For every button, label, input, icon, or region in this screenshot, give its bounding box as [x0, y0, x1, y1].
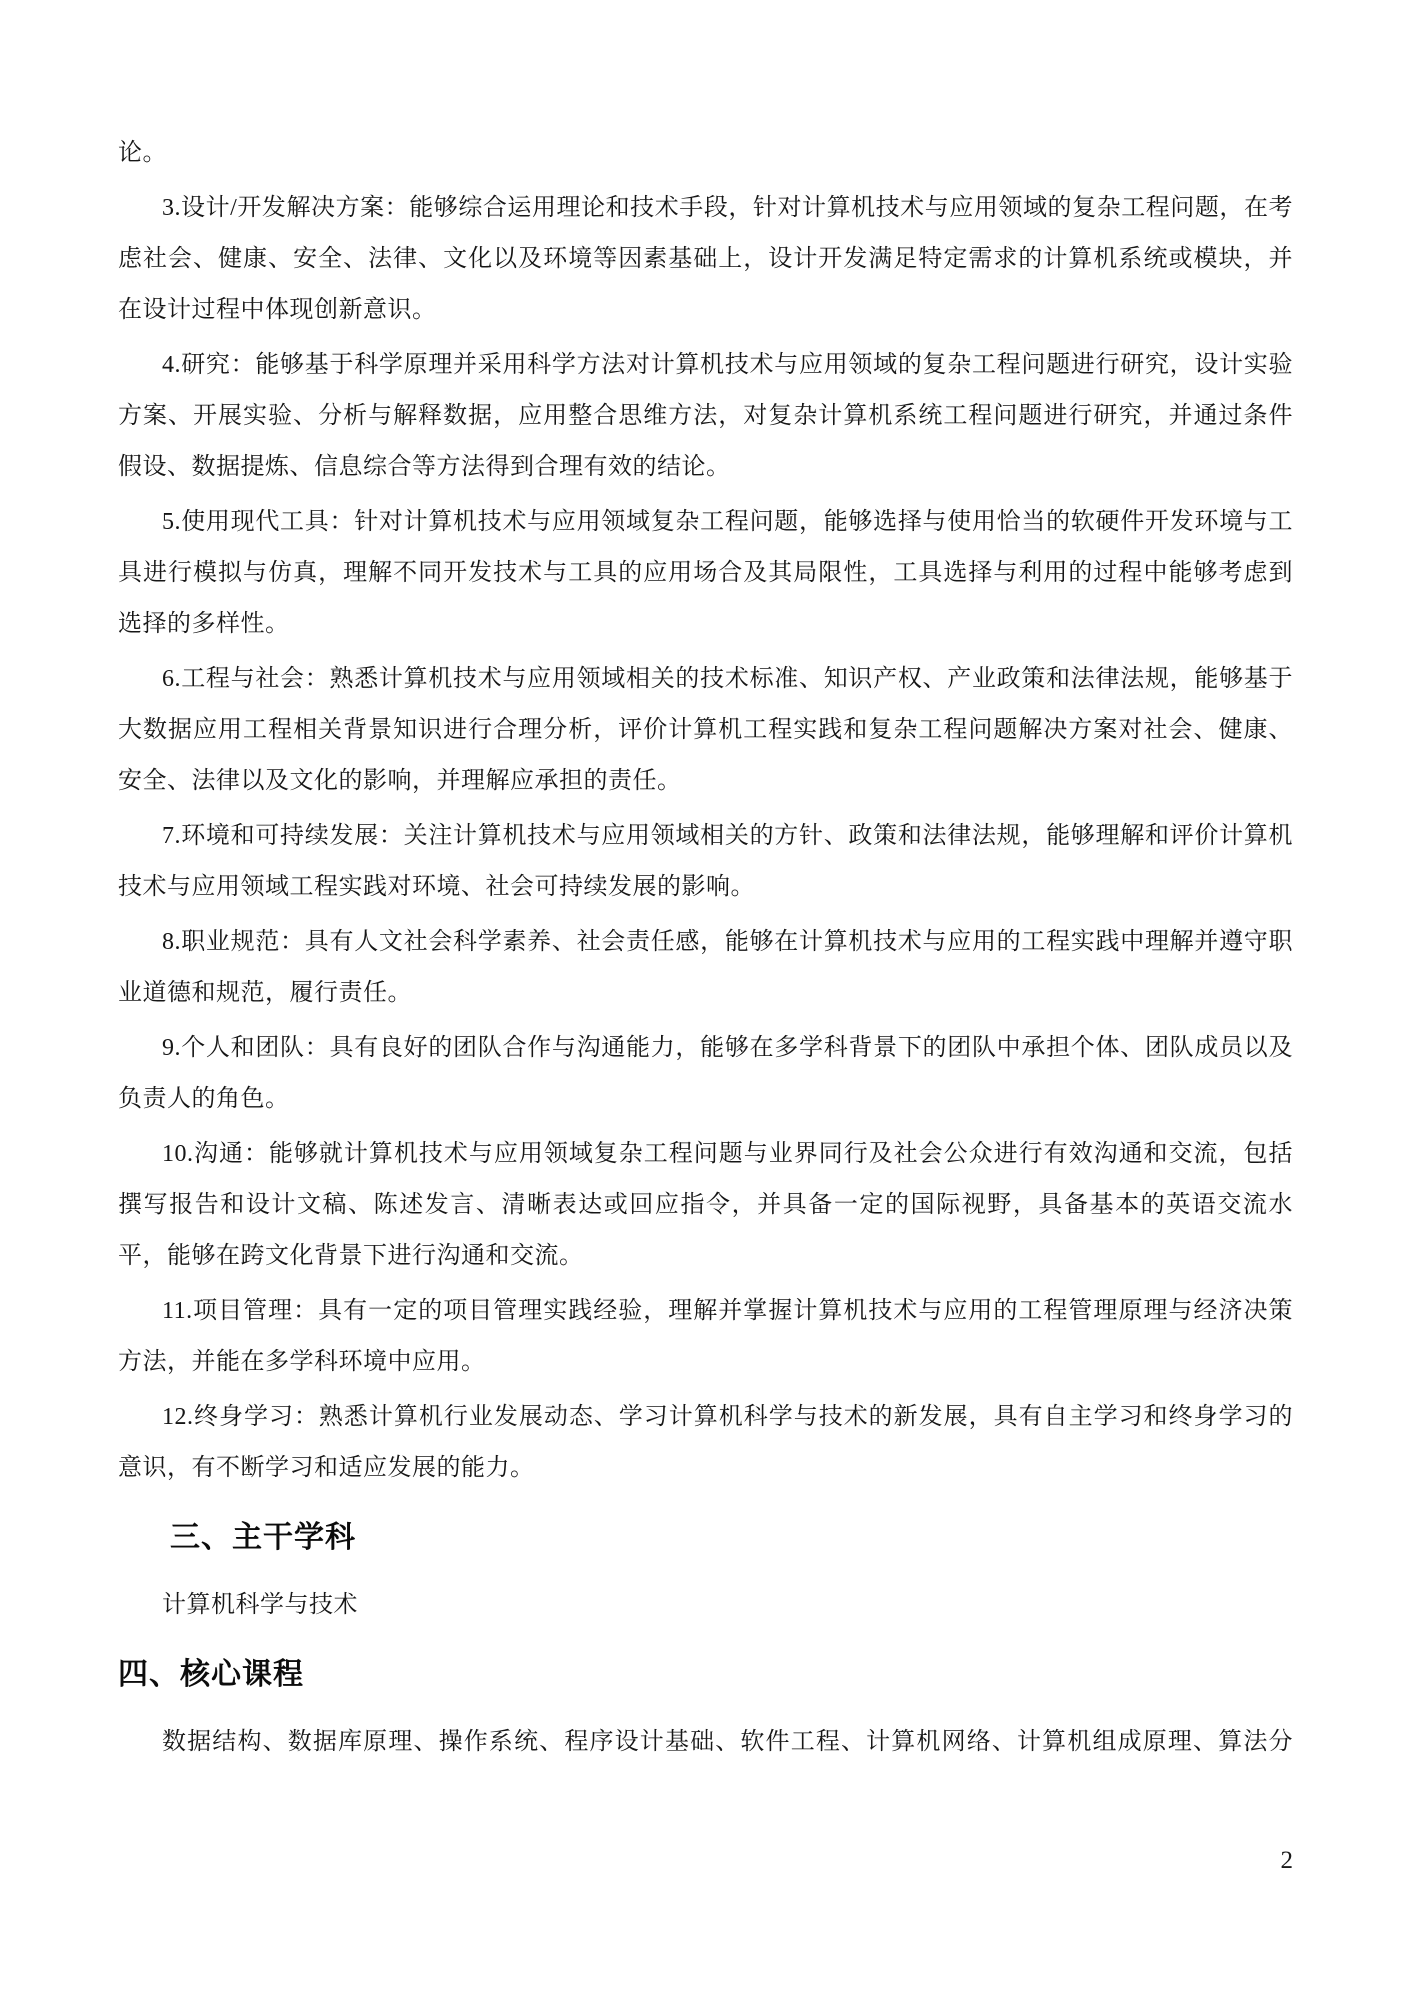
- paragraph-requirement-9: 9.个人和团队：具有良好的团队合作与沟通能力，能够在多学科背景下的团队中承担个体…: [118, 1023, 1293, 1125]
- main-discipline-text: 计算机科学与技术: [118, 1580, 1293, 1631]
- core-courses-text: 数据结构、数据库原理、操作系统、程序设计基础、软件工程、计算机网络、计算机组成原…: [118, 1717, 1293, 1768]
- paragraph-requirement-7: 7.环境和可持续发展：关注计算机技术与应用领域相关的方针、政策和法律法规，能够理…: [118, 811, 1293, 913]
- paragraph-requirement-4: 4.研究：能够基于科学原理并采用科学方法对计算机技术与应用领域的复杂工程问题进行…: [118, 340, 1293, 493]
- paragraph-continuation: 论。: [118, 128, 1293, 179]
- page-number: 2: [1281, 1846, 1294, 1876]
- document-page: 论。 3.设计/开发解决方案：能够综合运用理论和技术手段，针对计算机技术与应用领…: [0, 0, 1411, 1995]
- paragraph-requirement-12: 12.终身学习：熟悉计算机行业发展动态、学习计算机科学与技术的新发展，具有自主学…: [118, 1392, 1293, 1494]
- paragraph-requirement-10: 10.沟通：能够就计算机技术与应用领域复杂工程问题与业界同行及社会公众进行有效沟…: [118, 1129, 1293, 1282]
- paragraph-requirement-5: 5.使用现代工具：针对计算机技术与应用领域复杂工程问题，能够选择与使用恰当的软硬…: [118, 497, 1293, 650]
- paragraph-requirement-11: 11.项目管理：具有一定的项目管理实践经验，理解并掌握计算机技术与应用的工程管理…: [118, 1286, 1293, 1388]
- paragraph-requirement-6: 6.工程与社会：熟悉计算机技术与应用领域相关的技术标准、知识产权、产业政策和法律…: [118, 654, 1293, 807]
- document-content: 论。 3.设计/开发解决方案：能够综合运用理论和技术手段，针对计算机技术与应用领…: [118, 128, 1293, 1772]
- section-heading-core-courses: 四、核心课程: [118, 1655, 1293, 1695]
- paragraph-requirement-8: 8.职业规范：具有人文社会科学素养、社会责任感，能够在计算机技术与应用的工程实践…: [118, 917, 1293, 1019]
- section-heading-main-discipline: 三、主干学科: [118, 1518, 1293, 1558]
- paragraph-requirement-3: 3.设计/开发解决方案：能够综合运用理论和技术手段，针对计算机技术与应用领域的复…: [118, 183, 1293, 336]
